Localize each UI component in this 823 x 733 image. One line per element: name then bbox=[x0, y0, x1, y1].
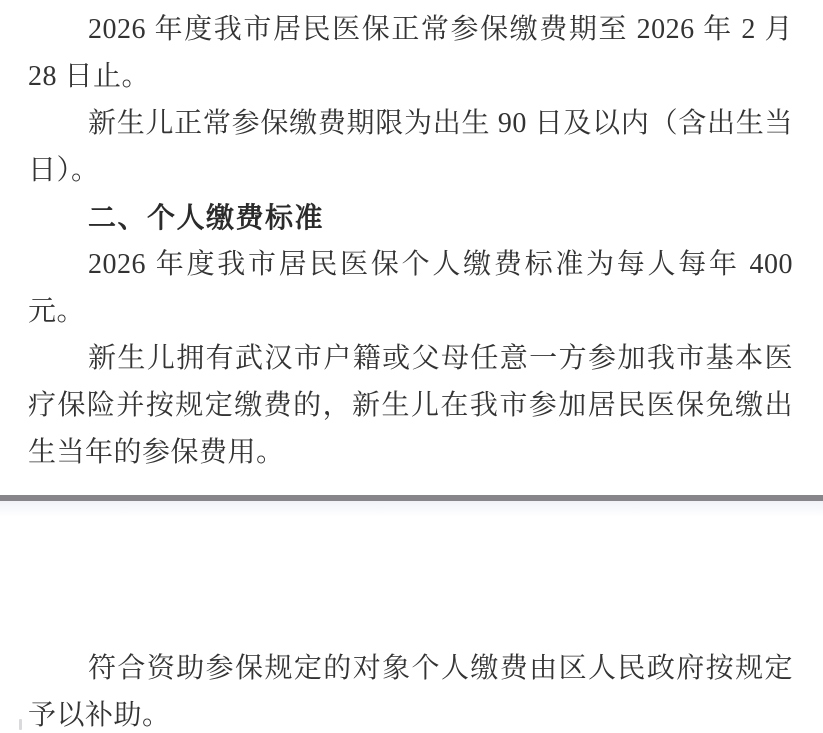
paragraph-newborn-deadline: 新生儿正常参保缴费期限为出生 90 日及以内（含出生当日）。 bbox=[28, 100, 793, 194]
scan-artifact-speck bbox=[19, 719, 22, 730]
section-heading-personal-payment-standard: 二、个人缴费标准 bbox=[28, 194, 793, 241]
page-break-divider bbox=[0, 495, 823, 501]
paragraph-payment-standard: 2026 年度我市居民医保个人缴费标准为每人每年 400 元。 bbox=[28, 241, 793, 335]
paragraph-subsidy: 符合资助参保规定的对象个人缴费由区人民政府按规定予以补助。 bbox=[28, 645, 793, 733]
upper-text-block: 2026 年度我市居民医保正常参保缴费期至 2026 年 2 月 28 日止。 … bbox=[28, 6, 793, 476]
paragraph-newborn-waiver: 新生儿拥有武汉市户籍或父母任意一方参加我市基本医疗保险并按规定缴费的，新生儿在我… bbox=[28, 335, 793, 476]
scanned-document-page: 2026 年度我市居民医保正常参保缴费期至 2026 年 2 月 28 日止。 … bbox=[0, 0, 823, 733]
page-break-shadow bbox=[0, 501, 823, 517]
paragraph-payment-deadline: 2026 年度我市居民医保正常参保缴费期至 2026 年 2 月 28 日止。 bbox=[28, 6, 793, 100]
lower-text-block: 符合资助参保规定的对象个人缴费由区人民政府按规定予以补助。 bbox=[28, 645, 793, 733]
